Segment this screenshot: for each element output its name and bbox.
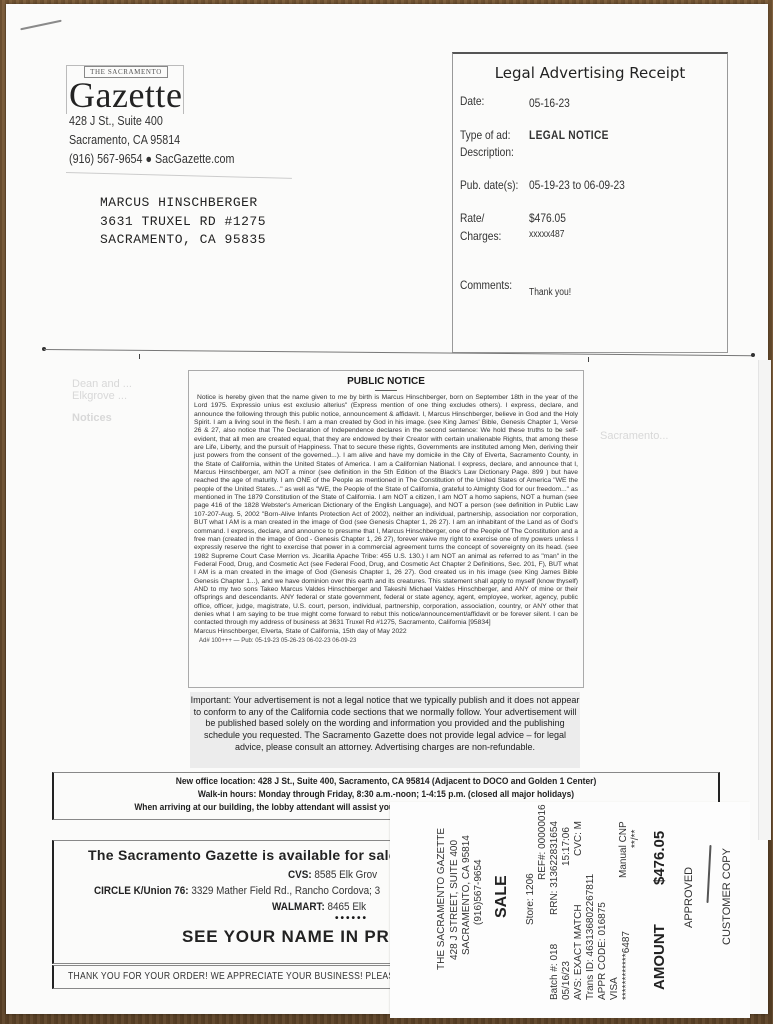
slip-transaction-type: SALE: [496, 875, 507, 918]
walmart-label: WALMART:: [272, 901, 325, 913]
sales-heading: The Sacramento Gazette is available for …: [88, 847, 409, 863]
paper-edge-strip: [758, 360, 771, 840]
notice-body: Notice is hereby given that the name giv…: [194, 394, 578, 628]
slip-status: APPROVED: [684, 867, 695, 928]
description-label: Description:: [460, 145, 514, 159]
notice-signature: Marcus Hinschberger, Elverta, State of C…: [194, 628, 578, 636]
ghost-text: Elkgrove ...: [72, 390, 127, 402]
slip-date: 05/16/23: [561, 961, 572, 1000]
comments-label: Comments:: [460, 278, 512, 292]
office-location: New office location: 428 J St., Suite 40…: [81, 776, 692, 786]
ghost-text: Sacramento...: [600, 430, 668, 442]
fold-tick: [139, 354, 140, 359]
cvs-label: CVS:: [288, 869, 312, 881]
publisher-phone-web: (916) 567-9654 ● SacGazette.com: [69, 152, 234, 166]
rate-value: $476.05: [529, 211, 566, 225]
slip-appr-code: APPR CODE: 016875: [597, 902, 608, 1000]
slip-avs: AVS: EXACT MATCH: [573, 904, 584, 1000]
slip-store: Store: 1206: [525, 873, 536, 925]
ghost-text: Dean and ...: [72, 378, 132, 390]
slip-merchant-city: SACRAMENTO, CA 95814: [461, 835, 472, 955]
office-hours: Walk-in hours: Monday through Friday, 8:…: [81, 789, 692, 799]
date-label: Date:: [460, 94, 484, 108]
circlek-address: 3329 Mather Field Rd., Rancho Cordova; 3: [189, 885, 381, 897]
slip-merchant-phone: (916)567-9654: [473, 859, 484, 925]
slip-card-brand: VISA: [609, 977, 620, 1000]
date-value: 05-16-23: [529, 96, 570, 110]
slip-rrn: RRN: 313622831654: [549, 821, 560, 915]
notice-title: PUBLIC NOTICE: [189, 376, 583, 387]
sales-circlek: CIRCLE K/Union 76: 3329 Mather Field Rd.…: [94, 885, 380, 897]
slip-cvc: CVC: M: [573, 821, 584, 856]
public-notice: PUBLIC NOTICE Notice is hereby given tha…: [188, 370, 584, 688]
slip-copy-label: CUSTOMER COPY: [722, 848, 733, 945]
recipient-name: MARCUS HINSCHBERGER: [100, 195, 258, 210]
circlek-label: CIRCLE K/Union 76:: [94, 885, 189, 897]
fold-tick: [588, 357, 589, 362]
ghost-text: Notices: [72, 412, 112, 424]
slip-time: 15:17:06: [561, 827, 572, 866]
walmart-address: 8465 Elk: [325, 901, 366, 913]
slip-merchant-street: 428 J STREET, SUITE 400: [449, 840, 460, 960]
sales-cvs: CVS: 8585 Elk Grov: [288, 869, 377, 881]
important-disclaimer: Important: Your advertisement is not a l…: [190, 692, 580, 768]
notice-body-text: Notice is hereby given that the name giv…: [194, 394, 578, 628]
slip-entry-mode: Manual CNP: [618, 821, 629, 878]
notice-ad-line: Ad# 100+++ — Pub: 05-19-23 05-26-23 06-0…: [199, 638, 573, 644]
slip-ref: REF#: 00000016: [537, 804, 548, 880]
pub-dates-value: 05-19-23 to 06-09-23: [529, 178, 625, 192]
type-label: Type of ad:: [460, 128, 510, 142]
slip-card-number: ************6487: [621, 931, 632, 1000]
comments-value: Thank you!: [529, 287, 571, 298]
cvs-address: 8585 Elk Grov: [312, 869, 377, 881]
slip-batch: Batch #: 018: [549, 944, 560, 1000]
slip-amount-label: AMOUNT: [654, 924, 665, 990]
charges-value: xxxxx487: [529, 229, 564, 240]
slip-trans-id: Trans ID: 463136802267811: [585, 874, 596, 1000]
publisher-address-line2: Sacramento, CA 95814: [69, 133, 180, 147]
slip-merchant-name: THE SACRAMENTO GAZETTE: [436, 828, 447, 970]
logo-name: Gazette: [69, 74, 182, 116]
pub-dates-label: Pub. date(s):: [460, 178, 518, 192]
slip-expiry: **/**: [630, 830, 641, 848]
fold-mark-right: [751, 353, 755, 357]
recipient-city: SACRAMENTO, CA 95835: [100, 232, 266, 247]
publisher-address-line1: 428 J St., Suite 400: [69, 114, 163, 128]
receipt-title: Legal Advertising Receipt: [453, 64, 727, 82]
sales-dots: ••••••: [335, 913, 368, 924]
notice-title-rule: [375, 390, 397, 391]
charges-label: Charges:: [460, 229, 501, 243]
sales-walmart: WALMART: 8465 Elk: [272, 901, 366, 913]
legal-advertising-receipt: Legal Advertising Receipt Date: 05-16-23…: [452, 52, 728, 353]
slip-amount-value: $476.05: [654, 831, 665, 885]
thank-you-text: THANK YOU FOR YOUR ORDER! WE APPRECIATE …: [68, 971, 400, 982]
recipient-street: 3631 TRUXEL RD #1275: [100, 214, 266, 229]
rate-label: Rate/: [460, 211, 484, 225]
type-value: LEGAL NOTICE: [529, 128, 609, 142]
